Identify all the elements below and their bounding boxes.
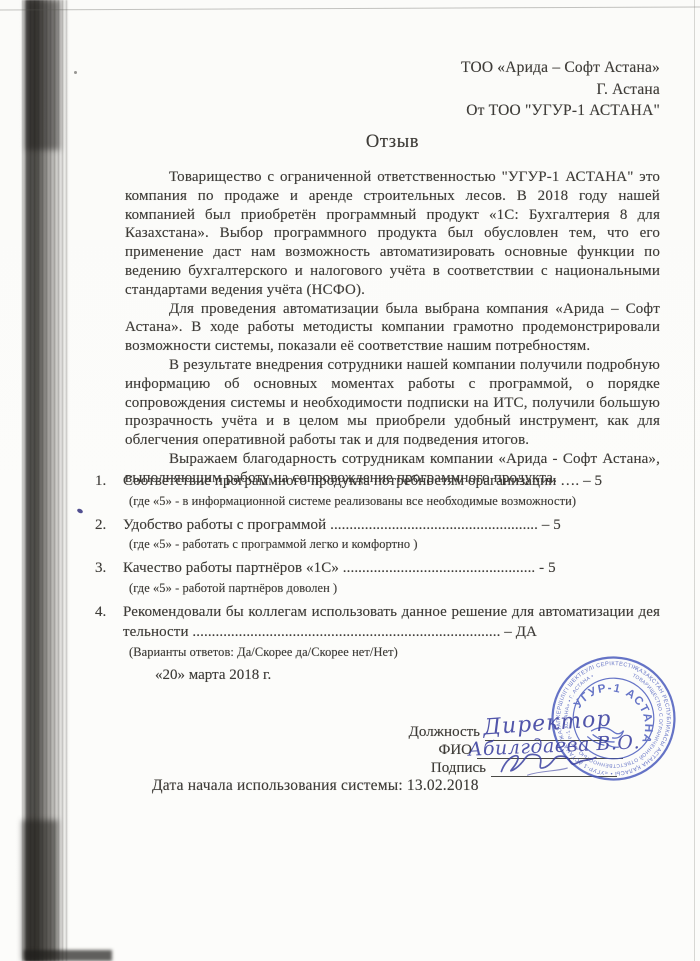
body-paragraph: Для проведения автоматизации была выбран…: [125, 300, 660, 356]
rating-number: 1.: [95, 471, 123, 492]
body-paragraph: Товарищество с ограниченной ответственно…: [125, 168, 660, 300]
scan-top-edge-line: [0, 6, 700, 10]
rating-note: (где «5» - в информационной системе реал…: [129, 492, 660, 511]
paper-speck: [296, 252, 298, 254]
sign-label: Подпись: [431, 760, 486, 777]
rating-text: Качество работы партнёров «1С» .........…: [123, 558, 660, 579]
document-title: Отзыв: [125, 132, 660, 153]
body-paragraph: В результате внедрения сотрудники нашей …: [125, 356, 660, 450]
letterhead: ТОО «Арида – Софт Астана» Г. Астана От Т…: [461, 57, 660, 122]
sender-line: От ТОО "УГУР-1 АСТАНА": [461, 100, 660, 122]
rating-text: Удобство работы с программой ...........…: [123, 515, 660, 536]
signature-scribble: [496, 745, 601, 780]
usage-date-line: Дата начала использования системы: 13.02…: [152, 777, 479, 795]
scan-right-edge-line: [694, 0, 695, 961]
rating-item: 2. Удобство работы с программой ........…: [95, 515, 660, 536]
rating-item: 1. Соответствие программного продукта по…: [95, 471, 660, 492]
rating-text: Рекомендовали бы коллегам использовать д…: [123, 602, 660, 643]
rating-item: 3. Качество работы партнёров «1С» ......…: [95, 558, 660, 579]
rating-text: Соответствие программного продукта потре…: [123, 471, 660, 492]
date-line: «20» марта 2018 г.: [155, 667, 271, 684]
rating-note: (где «5» - работать с программой легко и…: [129, 535, 660, 554]
scan-shadow-patch-top: [26, 0, 60, 150]
recipient-city-line: Г. Астана: [461, 79, 660, 101]
rating-item: 4. Рекомендовали бы коллегам использоват…: [95, 602, 660, 643]
document-body: Товарищество с ограниченной ответственно…: [125, 168, 660, 488]
scan-bottom-smudge: [24, 950, 112, 961]
scan-shadow-patch-bottom: [22, 820, 58, 961]
ink-dot: [76, 508, 83, 514]
paper-speck: [74, 71, 77, 74]
rating-number: 4.: [95, 602, 123, 643]
rating-note: (где «5» - работой партнёров доволен ): [129, 579, 660, 598]
document-page: ТОО «Арида – Софт Астана» Г. Астана От Т…: [0, 0, 700, 961]
rating-number: 3.: [95, 558, 123, 579]
rating-number: 2.: [95, 515, 123, 536]
ratings-list: 1. Соответствие программного продукта по…: [95, 471, 660, 666]
recipient-company-line: ТОО «Арида – Софт Астана»: [461, 57, 660, 79]
